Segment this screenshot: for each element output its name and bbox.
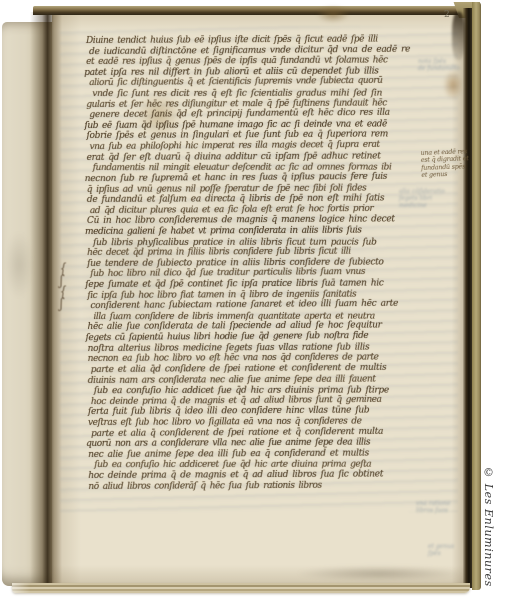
manuscript-photo: 2 Diuine tendict huius ſub eē ipſius iſt… [0, 0, 506, 600]
manuscript-line: parte et alia q̄ conſiderent de ſpei rat… [91, 426, 436, 439]
manuscript-line: erat q̄d ſer eſt duarū q̄ diuina additur… [87, 151, 435, 163]
manuscript-line: et eadē res ipſius q̄ genus ſpēs de ipſi… [86, 55, 434, 67]
bleedthrough-note: nota ſpēs de fundamēto [418, 58, 468, 72]
manuscript-line: ſub libris phyſicalibus pratice in aliis… [93, 237, 435, 248]
page-number: 2 [444, 10, 450, 20]
manuscript-line: vnde ſic ſunt res dicit res q̄ eſt ſic ſ… [92, 88, 434, 99]
page-bottom-edges [12, 583, 470, 593]
copyright-credit: © Les Enluminures [481, 466, 495, 594]
bleedthrough-note: alia cōſideratio ſegets libri medicine [399, 188, 461, 209]
manuscript-line: ſub ea confuſio hic addiceret ſue q̄d hi… [94, 460, 436, 471]
manuscript-line: medicina galieni ſe habet vt prima conſi… [85, 225, 435, 237]
manuscript-line: diuinis nam ars conſiderata nec alie ſue… [88, 374, 436, 386]
book-cover-edge [472, 2, 481, 590]
left-flourish: ʃ [60, 296, 78, 312]
facing-page-faint-marks [5, 232, 33, 298]
manuscript-line: aliorū ſic diſtinguentis q̄ et ſcientifi… [89, 76, 434, 89]
binding-gutter-shadow [30, 12, 62, 588]
manuscript-line: nō aliud libros conſiderāſ q̄ hēc ſua ſu… [88, 480, 436, 492]
ink-smear [452, 12, 465, 60]
manuscript-line: ſepe ſumate et q̄d ſpē continet ſic ipſa… [85, 278, 435, 290]
stain [296, 566, 461, 581]
bleedthrough-note: et genus ſpēs [428, 543, 472, 557]
manuscript-line: illa ſuam conſidere de libris immenſa qu… [93, 311, 435, 322]
page-top-edge [33, 6, 469, 15]
left-margin-flourishes: { ʃ { ʃ [60, 264, 78, 310]
manuscript-line: de iudicandū diſtinctōne et ſignificamus… [89, 44, 434, 57]
bleedthrough-note: vna ratione libros ſuos [416, 500, 472, 514]
manuscript-text-block: Diuine tendict huius ſub eē ipſius iſte … [86, 34, 436, 492]
marginal-note: una et eadē res est q̄ digradit et funda… [421, 148, 474, 179]
manuscript-line: conſiderent hanc ſubiectam ratione ſanar… [90, 299, 435, 312]
